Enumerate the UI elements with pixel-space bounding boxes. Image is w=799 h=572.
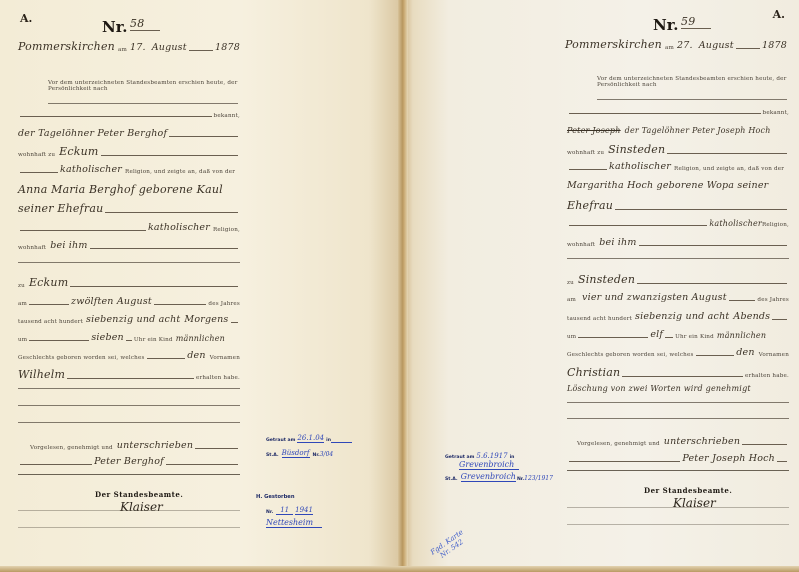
geschlecht-line-right: Geschlechts geboren worden sei, welches … [567, 347, 789, 358]
religion-informant-right: katholischer [609, 161, 671, 172]
birthplace: Eckum [29, 276, 68, 289]
marginal-note-line: Löschung von zwei Worten wird genehmigt [567, 384, 789, 393]
informant-line-right: Peter Joseph der Tagelöhner Peter Joseph… [567, 126, 789, 135]
wohnhaft-label-2-right: wohnhaft [567, 242, 595, 248]
place: Pommerskirchen [18, 40, 115, 53]
religion-print-2: Religion, [213, 227, 240, 233]
informant-right: der Tagelöhner Peter Joseph Hoch [625, 126, 771, 135]
religion-print-1-right: Religion, und zeigte an, daß von der [674, 166, 784, 172]
year-line-right: tausend acht hundert siebenzig und acht … [567, 311, 789, 322]
series-letter-right: A. [773, 8, 785, 21]
intro-text: Vor dem unterzeichneten Standesbeamten e… [48, 80, 240, 92]
erhalten-text: erhalten habe. [196, 375, 240, 381]
residence-2: bei ihm [50, 240, 87, 251]
jahres-text-right: des Jahres [757, 297, 789, 303]
stamp-date: 26.1.04 [297, 434, 324, 443]
am-label: am [118, 47, 127, 53]
book-binding [398, 0, 408, 572]
wohnhaft-label: wohnhaft zu [18, 152, 55, 158]
marginal-note: Löschung von zwei Worten wird genehmigt [567, 384, 751, 393]
unterschrieben-right: unterschrieben [664, 436, 740, 447]
birth-day-right: vier und zwanzigsten August [582, 292, 727, 303]
time-of-day: Morgens [184, 314, 228, 325]
bekannt-line-right: bekannt, [567, 110, 789, 116]
birthday-line: am zwölften August des Jahres [18, 296, 240, 307]
birthplace-right: Sinsteden [578, 273, 635, 286]
mother-relation-right: Ehefrau [567, 199, 613, 212]
religion-line-1-right: katholischer Religion, und zeigte an, da… [567, 161, 789, 172]
year-line: tausend acht hundert siebenzig und acht … [18, 314, 240, 325]
standesbeamte-heading: Der Standesbeamte. [95, 490, 183, 499]
death-stamp-left: H. Gestorben Nr. 11 1941 Nettesheim [256, 494, 336, 528]
religion-line-2: katholischer Religion, [18, 222, 240, 233]
marriage-stamp-left: Getraut am 26.1.04 in St.A. Büsdorf Nr. … [266, 434, 352, 458]
vorgelesen-line-right: Vorgelesen, genehmigt und unterschrieben [577, 436, 789, 447]
am-label-2-right: am [567, 297, 576, 303]
informant: der Tagelöhner Peter Berghof [18, 128, 167, 139]
wohnhaft-label-2: wohnhaft [18, 245, 46, 251]
mother-line-1: Anna Maria Berghof geborene Kaul [18, 183, 240, 196]
stamp-sa: St.A. [266, 453, 279, 458]
standesbeamte-heading-right: Der Standesbeamte. [644, 486, 732, 495]
informant-struck: Peter Joseph [567, 126, 621, 135]
registrar-signature: Klaiser [120, 500, 163, 514]
death-stamp-label: H. Gestorben [256, 494, 336, 500]
hour: sieben [91, 332, 124, 343]
pencil-note: Fgd. Karte Nr. 542 [429, 528, 469, 563]
informant-signature-line: Peter Berghof [18, 456, 240, 467]
residence-right: Sinsteden [608, 143, 665, 156]
left-page: A. Nr. 58 Pommerskirchen am 17. August 1… [0, 0, 401, 572]
mother-line-2: seiner Ehefrau [18, 202, 240, 215]
um-label: um [18, 337, 27, 343]
bekannt-text-right: bekannt, [763, 110, 789, 116]
entry-number: 58 [130, 17, 160, 31]
hour-right: elf [650, 329, 663, 340]
religion-print-1: Religion, und zeigte an, daß von der [125, 169, 235, 175]
death-nr: 11 [276, 506, 293, 515]
right-page: A. Nr. 59 Pommerskirchen am 27. August 1… [401, 0, 799, 572]
bekannt-line: bekannt, [18, 113, 240, 119]
bekannt-text: bekannt, [214, 113, 240, 119]
vornamen-text-right: Vornamen [759, 352, 789, 358]
wohnhaft-label-right: wohnhaft zu [567, 150, 604, 156]
place-date-line-right: Pommerskirchen am 27. August 1878 [565, 38, 787, 51]
month: August [152, 42, 187, 53]
um-label-right: um [567, 334, 576, 340]
death-nr-label: Nr. [266, 510, 273, 515]
intro-text-right: Vor dem unterzeichneten Standesbeamten e… [597, 76, 789, 88]
religion-line-2-right: katholischer Religion, [567, 219, 789, 228]
informant-signature: Peter Berghof [94, 456, 164, 467]
geschlecht-text: Geschlechts geboren worden sei, welches [18, 355, 145, 361]
religion-line-1: katholischer Religion, und zeigte an, da… [18, 164, 240, 175]
erhalten-text-right: erhalten habe. [745, 373, 789, 379]
am-label-right: am [665, 45, 674, 51]
residence: Eckum [59, 145, 98, 158]
den: den [187, 350, 205, 361]
hour-line-right: um elf Uhr ein Kind männlichen [567, 329, 789, 340]
child-name-line-right: Christian erhalten habe. [567, 366, 789, 379]
entry-number-label-right: Nr. [653, 16, 678, 34]
residence-line: wohnhaft zu Eckum [18, 145, 240, 158]
tausend-text: tausend acht hundert [18, 319, 83, 325]
stamp-date-right: 5.6.1917 [476, 452, 507, 460]
time-of-day-right: Abends [733, 311, 770, 322]
mother-name: Anna Maria Berghof geborene Kaul [18, 183, 223, 196]
entry-number-label: Nr. [102, 18, 127, 36]
informant-signature-line-right: Peter Joseph Hoch [567, 453, 789, 464]
geschlecht-line: Geschlechts geboren worden sei, welches … [18, 350, 240, 361]
birthplace-line: zu Eckum [18, 276, 240, 289]
residence-line-2: wohnhaft bei ihm [18, 240, 240, 251]
religion-print-2-right: Religion, [762, 222, 789, 228]
uhr-text: Uhr ein Kind [134, 337, 173, 343]
religion-mother: katholischer [148, 222, 210, 233]
informant-signature-right: Peter Joseph Hoch [682, 453, 775, 464]
mother-line-2-right: Ehefrau [567, 199, 789, 212]
sex-right: männlichen [717, 331, 766, 340]
birthday-line-right: am vier und zwanzigsten August des Jahre… [567, 292, 789, 303]
year-words: siebenzig und acht [86, 314, 180, 325]
stamp-place-2-right: Grevenbroich [461, 472, 516, 482]
stamp-nr-label-right: Nr. [517, 477, 524, 482]
year: 1878 [215, 42, 240, 53]
stamp-label: Getraut am [266, 438, 295, 443]
stamp-nr-right: 123/1917 [524, 475, 553, 482]
tausend-text-right: tausend acht hundert [567, 316, 632, 322]
death-place: Nettesheim [266, 518, 322, 528]
year-words-right: siebenzig und acht [635, 311, 729, 322]
geschlecht-text-right: Geschlechts geboren worden sei, welches [567, 352, 694, 358]
entry-number-right: 59 [681, 15, 711, 29]
residence-line-2-right: wohnhaft bei ihm [567, 237, 789, 248]
hour-line: um sieben Uhr ein Kind männlichen [18, 332, 240, 343]
religion-mother-right: katholischer [709, 219, 762, 228]
zu-label-right: zu [567, 280, 574, 286]
informant-line: der Tagelöhner Peter Berghof [18, 128, 240, 139]
stamp-place: Büsdorf [282, 449, 310, 458]
day: 17. [130, 42, 146, 53]
birthplace-line-right: zu Sinsteden [567, 273, 789, 286]
birth-day: zwölften August [71, 296, 152, 307]
residence-line-right: wohnhaft zu Sinsteden [567, 143, 789, 156]
stamp-nr-label: Nr. [313, 453, 320, 458]
child-name: Wilhelm [18, 368, 65, 381]
child-name-right: Christian [567, 366, 620, 379]
series-letter: A. [20, 12, 32, 25]
religion-informant: katholischer [60, 164, 122, 175]
mother-relation: seiner Ehefrau [18, 202, 103, 215]
child-name-line: Wilhelm erhalten habe. [18, 368, 240, 381]
month-right: August [699, 40, 734, 51]
residence-2-right: bei ihm [599, 237, 636, 248]
uhr-text-right: Uhr ein Kind [675, 334, 714, 340]
am-label-2: am [18, 301, 27, 307]
stamp-sa-right: St.A. [445, 477, 458, 482]
year-right: 1878 [762, 40, 787, 51]
vorgelesen-line: Vorgelesen, genehmigt und unterschrieben [30, 440, 240, 451]
day-right: 27. [677, 40, 693, 51]
mother-name-right: Margaritha Hoch geborene Wopa seiner [567, 180, 768, 191]
page-edge [0, 566, 799, 572]
death-year: 1941 [295, 506, 313, 515]
place-right: Pommerskirchen [565, 38, 662, 51]
zu-label: zu [18, 283, 25, 289]
stamp-place-right: Grevenbroich [459, 460, 519, 470]
jahres-text: des Jahres [208, 301, 240, 307]
sex: männlichen [176, 334, 225, 343]
den-right: den [736, 347, 754, 358]
place-date-line: Pommerskirchen am 17. August 1878 [18, 40, 240, 53]
stamp-nr: 3/04 [320, 451, 333, 458]
vornamen-text: Vornamen [210, 355, 240, 361]
marriage-stamp-right: Getraut am 5.6.1917 in Grevenbroich St.A… [445, 452, 535, 482]
mother-line-1-right: Margaritha Hoch geborene Wopa seiner [567, 180, 789, 191]
unterschrieben: unterschrieben [117, 440, 193, 451]
vorgelesen-text: Vorgelesen, genehmigt und [30, 445, 113, 451]
vorgelesen-text-right: Vorgelesen, genehmigt und [577, 441, 660, 447]
